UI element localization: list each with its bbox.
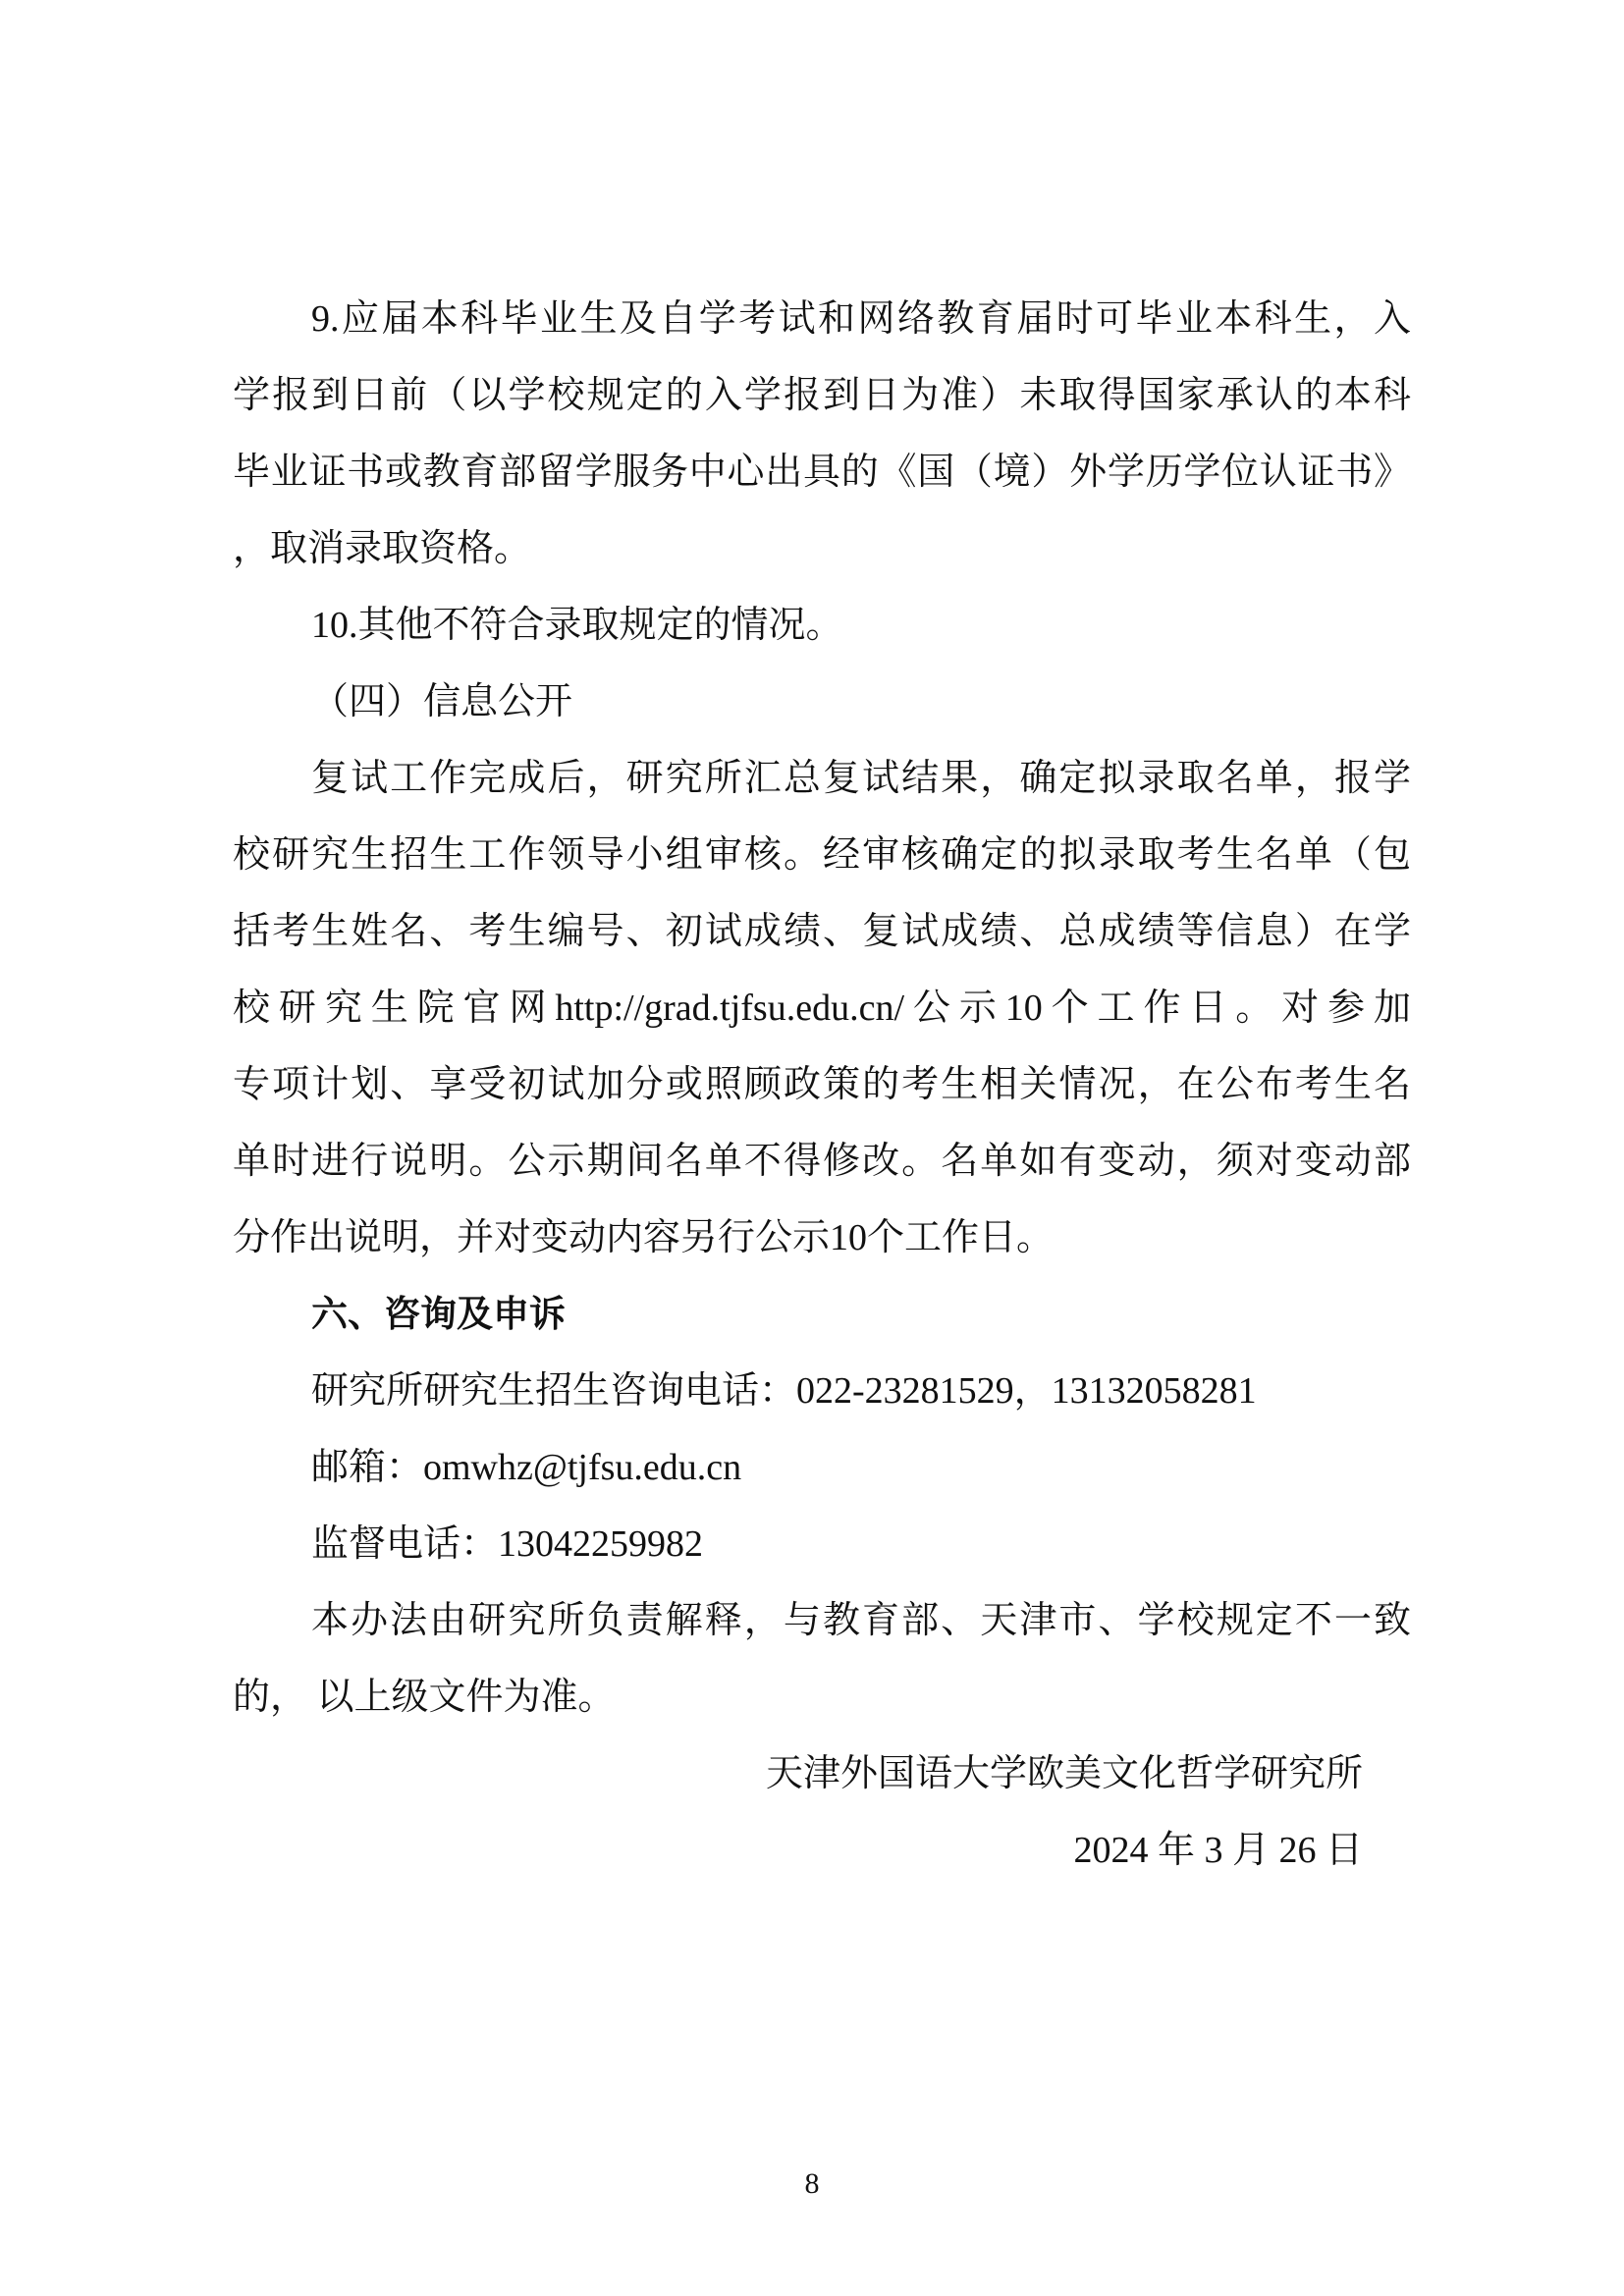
page-number: 8 [0, 2164, 1624, 2204]
section-heading: 六、咨询及申诉 [233, 1276, 1411, 1353]
para-info-line2: 校研究生招生工作领导小组审核。经审核确定的拟录取考生名单（包 [233, 817, 1411, 893]
para-item9-line2: 学报到日前（以学校规定的入学报到日为准）未取得国家承认的本科 [233, 357, 1411, 434]
document-page: 9.应届本科毕业生及自学考试和网络教育届时可毕业本科生，入学报到日前（以学校规定… [0, 0, 1624, 2296]
para-final-line1: 本办法由研究所负责解释，与教育部、天津市、学校规定不一致 [233, 1582, 1411, 1659]
document-body: 9.应届本科毕业生及自学考试和网络教育届时可毕业本科生，入学报到日前（以学校规定… [233, 281, 1411, 1889]
signature-line: 天津外国语大学欧美文化哲学研究所 [233, 1735, 1411, 1812]
para-info-line5: 专项计划、享受初试加分或照顾政策的考生相关情况，在公布考生名 [233, 1046, 1411, 1123]
para-final-line2: 的， 以上级文件为准。 [233, 1659, 1411, 1735]
contact-phone-line: 研究所研究生招生咨询电话：022-23281529，13132058281 [233, 1353, 1411, 1429]
para-item9-line3: 毕业证书或教育部留学服务中心出具的《国（境）外学历学位认证书》 [233, 434, 1411, 510]
para-info-line1: 复试工作完成后，研究所汇总复试结果，确定拟录取名单，报学 [233, 740, 1411, 817]
para-info-line6: 单时进行说明。公示期间名单不得修改。名单如有变动，须对变动部 [233, 1123, 1411, 1200]
para-info-line3: 括考生姓名、考生编号、初试成绩、复试成绩、总成绩等信息）在学 [233, 893, 1411, 970]
para-item9-line4: ，取消录取资格。 [233, 510, 1411, 587]
contact-email-line: 邮箱：omwhz@tjfsu.edu.cn [233, 1429, 1411, 1506]
subsection-heading: （四）信息公开 [233, 664, 1411, 740]
para-item9-line1: 9.应届本科毕业生及自学考试和网络教育届时可毕业本科生，入 [233, 281, 1411, 357]
para-info-line4: 校研究生院官网http://grad.tjfsu.edu.cn/公示10个工作日… [233, 970, 1411, 1046]
date-line: 2024 年 3 月 26 日 [233, 1812, 1411, 1889]
para-info-line7: 分作出说明，并对变动内容另行公示10个工作日。 [233, 1200, 1411, 1276]
para-item10: 10.其他不符合录取规定的情况。 [233, 587, 1411, 664]
supervision-phone-line: 监督电话：13042259982 [233, 1506, 1411, 1582]
